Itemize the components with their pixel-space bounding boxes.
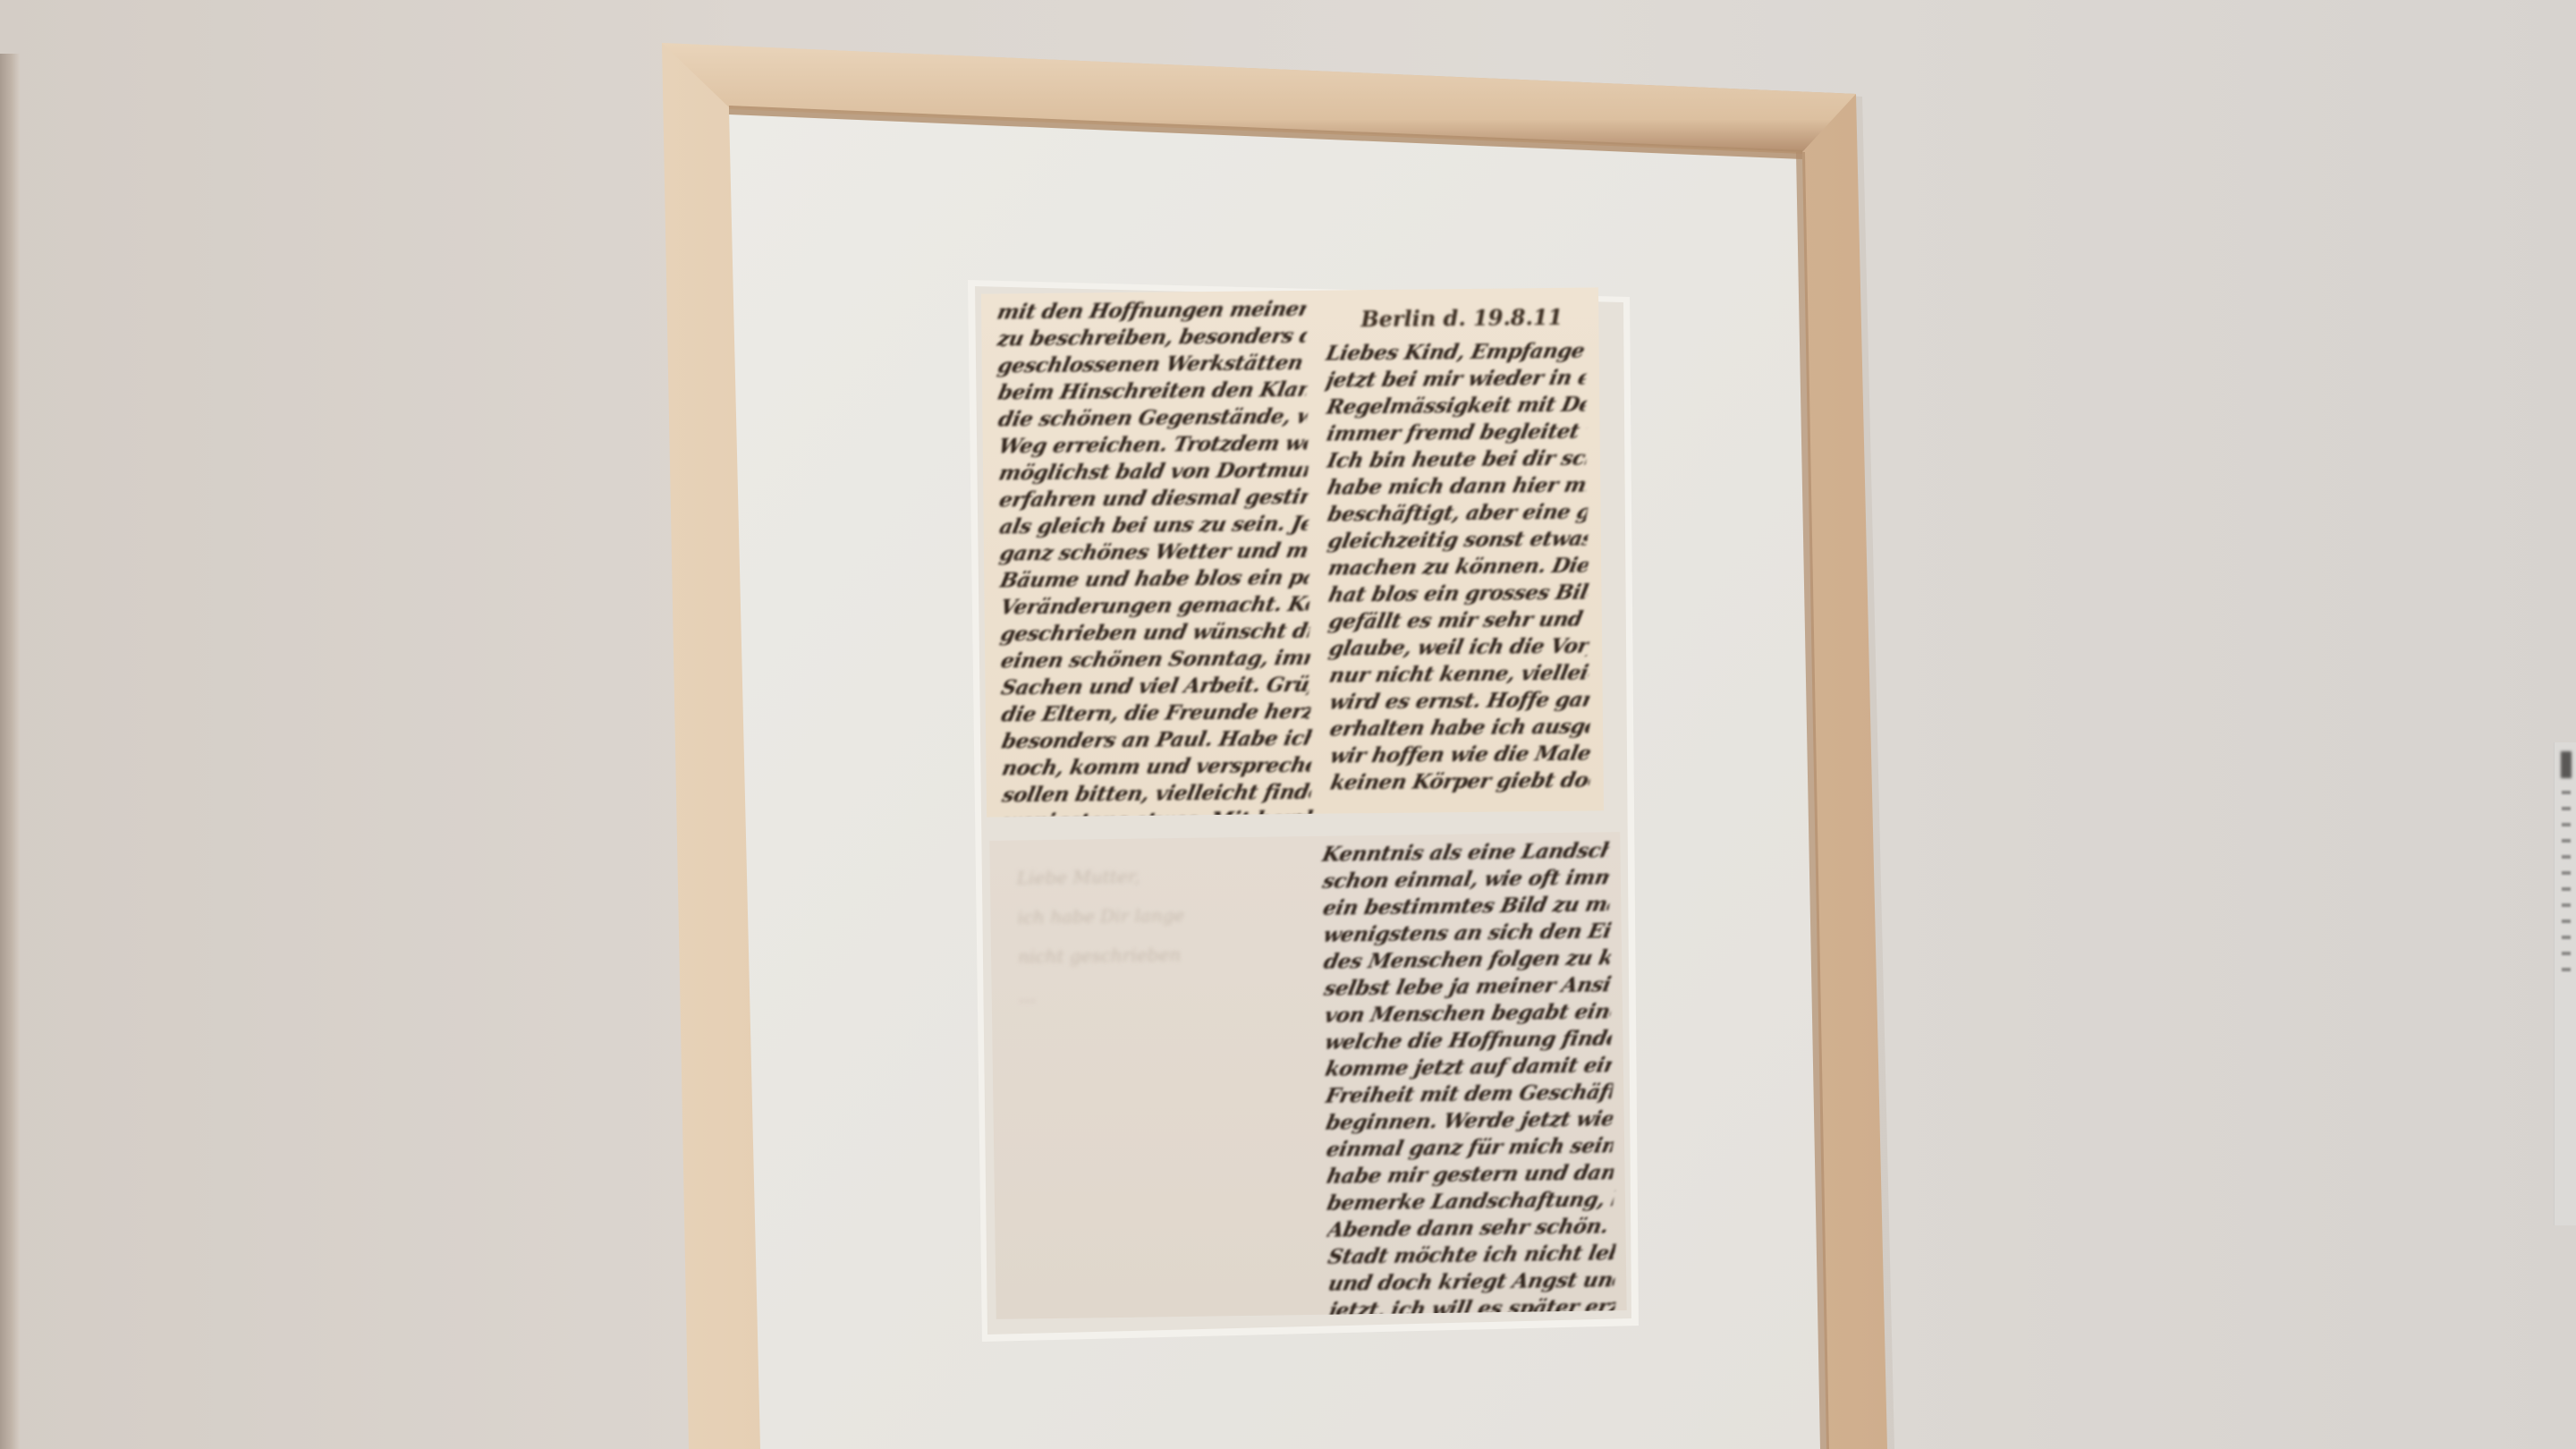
handwritten-line: geschrieben und wünscht dir und xyxy=(998,618,1312,648)
handwritten-line: und doch kriegt Angst und hoffe xyxy=(1326,1267,1617,1298)
handwritten-line: einmal ganz für mich sein, xyxy=(1324,1132,1615,1164)
handwritten-line: Ich bin heute bei dir schön gewesen, xyxy=(1325,445,1589,475)
handwritten-line: nur nicht kenne, vielleicht xyxy=(1326,660,1591,690)
faded-line: ... xyxy=(1018,972,1287,1015)
handwritten-line: besonders an Paul. Habe ich die Zeit xyxy=(999,725,1313,756)
handwritten-line: möglichst bald von Dortmund zu xyxy=(996,457,1310,487)
wall-label-text xyxy=(2562,839,2571,843)
handwritten-line: wird es ernst. Hoffe ganz dich xyxy=(1327,687,1592,716)
wall-label-text xyxy=(2562,903,2571,907)
handwritten-line: schon einmal, wie oft immer wieder xyxy=(1320,864,1612,895)
handwritten-line: erfahren und diesmal gestimmt xyxy=(996,484,1310,514)
letter-right-column: Liebes Kind, Empfange Deinen jetzt bei m… xyxy=(1326,338,1590,797)
handwritten-line: beginnen. Werde jetzt wieder xyxy=(1324,1106,1615,1137)
letter-left-column: mit den Hoffnungen meiner Jugend zu besc… xyxy=(997,296,1312,818)
handwritten-line: als gleich bei uns zu sein. Jetzt ein xyxy=(997,511,1311,541)
handwritten-line: Liebes Kind, Empfange Deinen xyxy=(1324,338,1589,368)
handwritten-line: noch, komm und verspreche dir alles, xyxy=(999,752,1313,783)
handwritten-line: beim Hinschreiten den Klang und xyxy=(996,377,1309,407)
handwritten-line: wir hoffen wie die Malerei xyxy=(1327,740,1592,769)
handwritten-line: die schönen Gegenstände, welche den xyxy=(996,403,1309,434)
handwritten-line: des Menschen folgen zu können. Ich xyxy=(1321,945,1613,976)
wall-label-text xyxy=(2562,887,2571,891)
handwritten-line: hat blos ein grosses Bild, besonders xyxy=(1326,580,1590,609)
wall-label-text xyxy=(2562,936,2571,939)
wall-label-text xyxy=(2562,791,2571,794)
handwritten-line: Veränderungen gemacht. Kenny hat xyxy=(998,591,1312,622)
handwritten-line: gefällt es mir sehr und nicht, xyxy=(1326,606,1591,636)
wall-label-text xyxy=(2562,952,2571,955)
handwritten-line: zu beschreiben, besonders die xyxy=(995,323,1309,353)
wall-label-text xyxy=(2562,855,2571,859)
faded-line: ich habe Dir lange xyxy=(1017,894,1286,936)
handwritten-line: Kenntnis als eine Landschaft ich xyxy=(1320,837,1612,869)
wall-label-text xyxy=(2562,871,2571,875)
handwritten-line: einen schönen Sonntag, immer schöne xyxy=(998,645,1312,675)
faded-line: nicht geschrieben xyxy=(1018,933,1287,976)
handwritten-line: erhalten habe ich ausgegangen xyxy=(1327,714,1592,743)
handwritten-line: bemerke Landschaftung, besonders xyxy=(1325,1186,1616,1217)
letter-date: Berlin d. 19.8.11 xyxy=(1360,304,1563,332)
letter-sheet-top: Berlin d. 19.8.11 mit den Hoffnungen mei… xyxy=(981,287,1604,817)
handwritten-line: Regelmässigkeit mit Deiner xyxy=(1324,392,1589,421)
handwritten-line: ein bestimmtes Bild zu malen oder xyxy=(1320,891,1612,922)
handwritten-line: mit den Hoffnungen meiner Jugend xyxy=(995,296,1309,326)
faded-line: Liebe Mutter, xyxy=(1017,854,1286,897)
wall-label xyxy=(2554,742,2576,1225)
handwritten-line: gleichzeitig sonst etwas für mich xyxy=(1326,526,1590,555)
wall-label-text xyxy=(2562,807,2571,810)
handwritten-line: jetzt bei mir wieder in einer gewissen xyxy=(1324,365,1589,394)
handwritten-line: machen zu können. Die Landschaft xyxy=(1326,553,1590,582)
wall-label-heading xyxy=(2561,751,2572,778)
handwritten-line: von Menschen begabt eine Sache, xyxy=(1322,998,1614,1030)
handwritten-line: Weg erreichen. Trotzdem werde ich xyxy=(996,430,1310,461)
handwritten-line: komme jetzt auf damit eine xyxy=(1323,1052,1614,1083)
handwritten-line: ganz schönes Wetter und malerisch xyxy=(997,538,1311,568)
wall-label-text xyxy=(2562,823,2571,826)
handwritten-line: wenigstens an sich den Eindruck xyxy=(1321,918,1613,949)
handwritten-line: welche die Hoffnung finden kann. Ich xyxy=(1323,1025,1614,1056)
handwritten-line: die Eltern, die Freunde herzlich xyxy=(999,699,1313,729)
letter-sheet-bottom: Liebe Mutter, ich habe Dir lange nicht g… xyxy=(989,832,1626,1319)
handwritten-line: habe mich dann hier mit Malen xyxy=(1325,472,1589,502)
wall-label-text xyxy=(2562,968,2571,971)
wall-label-text xyxy=(2562,919,2571,923)
handwritten-line: habe mir gestern und dann ich xyxy=(1325,1159,1616,1191)
handwritten-line: geschlossenen Werkstätten erregen xyxy=(996,350,1309,380)
faded-left-page: Liebe Mutter, ich habe Dir lange nicht g… xyxy=(1017,854,1287,1015)
handwritten-line: beschäftigt, aber eine ganz xyxy=(1326,499,1590,529)
handwritten-line: Freiheit mit dem Geschäft zu xyxy=(1323,1079,1614,1110)
handwritten-line: keinen Körper giebt doch immer xyxy=(1328,767,1593,796)
handwritten-line: Stadt möchte ich nicht leben, xyxy=(1326,1240,1617,1271)
handwritten-line: immer fremd begleitet werden. xyxy=(1325,419,1589,448)
handwritten-line: sollen bitten, vielleicht finde ich hier xyxy=(1000,779,1314,809)
handwritten-line: Sachen und viel Arbeit. Grüße xyxy=(999,672,1313,702)
handwritten-line: selbst lebe ja meiner Ansicht nach xyxy=(1322,971,1614,1003)
handwritten-line: glaube, weil ich die Vorfahren xyxy=(1326,633,1591,663)
handwritten-line: Abende dann sehr schön. Die xyxy=(1325,1213,1616,1244)
handwritten-line: Bäume und habe blos ein paar xyxy=(997,564,1311,595)
letter-bottom-right-column: Kenntnis als eine Landschaft ich schon e… xyxy=(1322,837,1615,1319)
